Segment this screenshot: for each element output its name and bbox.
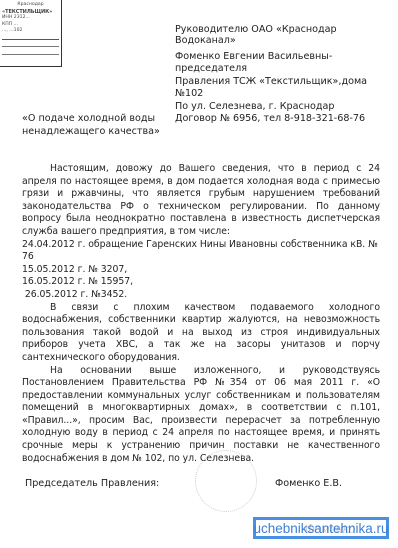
- watermark: uchebniksantehnika.ru: [253, 517, 389, 539]
- body-paragraph: В связи с плохим качеством подаваемого х…: [22, 302, 380, 365]
- reference-item: 16.05.2012 г. № 15957,: [22, 276, 380, 289]
- sender-block: Фоменко Евгении Васильевны- председателя…: [175, 51, 398, 125]
- subject-line: ненадлежащего качества»: [22, 126, 160, 139]
- signatory-title: Председатель Правления:: [25, 478, 159, 489]
- reference-item: 15.05.2012 г. № 3207,: [22, 264, 380, 277]
- signatory-name: Фоменко Е.В.: [275, 478, 342, 489]
- sender-line: По ул. Селезнева, г. Краснодар: [175, 101, 398, 113]
- stamp-field: [2, 41, 59, 47]
- body-paragraph: На основании выше изложенного, и руковод…: [22, 365, 380, 466]
- addressee: Руководителю ОАО «Краснодар Водоканал»: [175, 24, 398, 46]
- letter-body: Настоящим, довожу до Вашего сведения, чт…: [22, 163, 380, 465]
- subject: «О подаче холодной воды ненадлежащего ка…: [22, 113, 160, 138]
- body-paragraph: Настоящим, довожу до Вашего сведения, чт…: [22, 163, 380, 239]
- subject-line: «О подаче холодной воды: [22, 113, 160, 126]
- stamp-field: [2, 49, 59, 55]
- sender-line: Фоменко Евгении Васильевны- председателя: [175, 51, 398, 76]
- sender-line: Правления ТСЖ «Текстильщик»,дома №102: [175, 76, 398, 101]
- reference-item: 26.05.2012 г. №3452.: [22, 289, 380, 302]
- stamp-line: ..., ...102: [2, 28, 59, 35]
- seal-imprint: [195, 450, 257, 512]
- registration-stamp: Краснодар «ТЕКСТИЛЬЩИК» ИНН 2312... КПП …: [0, 0, 62, 67]
- reference-item: 24.04.2012 г. обращение Гаренских Нины И…: [22, 239, 380, 264]
- sender-line: Договор № 6956, тел 8-918-321-68-76: [175, 113, 398, 125]
